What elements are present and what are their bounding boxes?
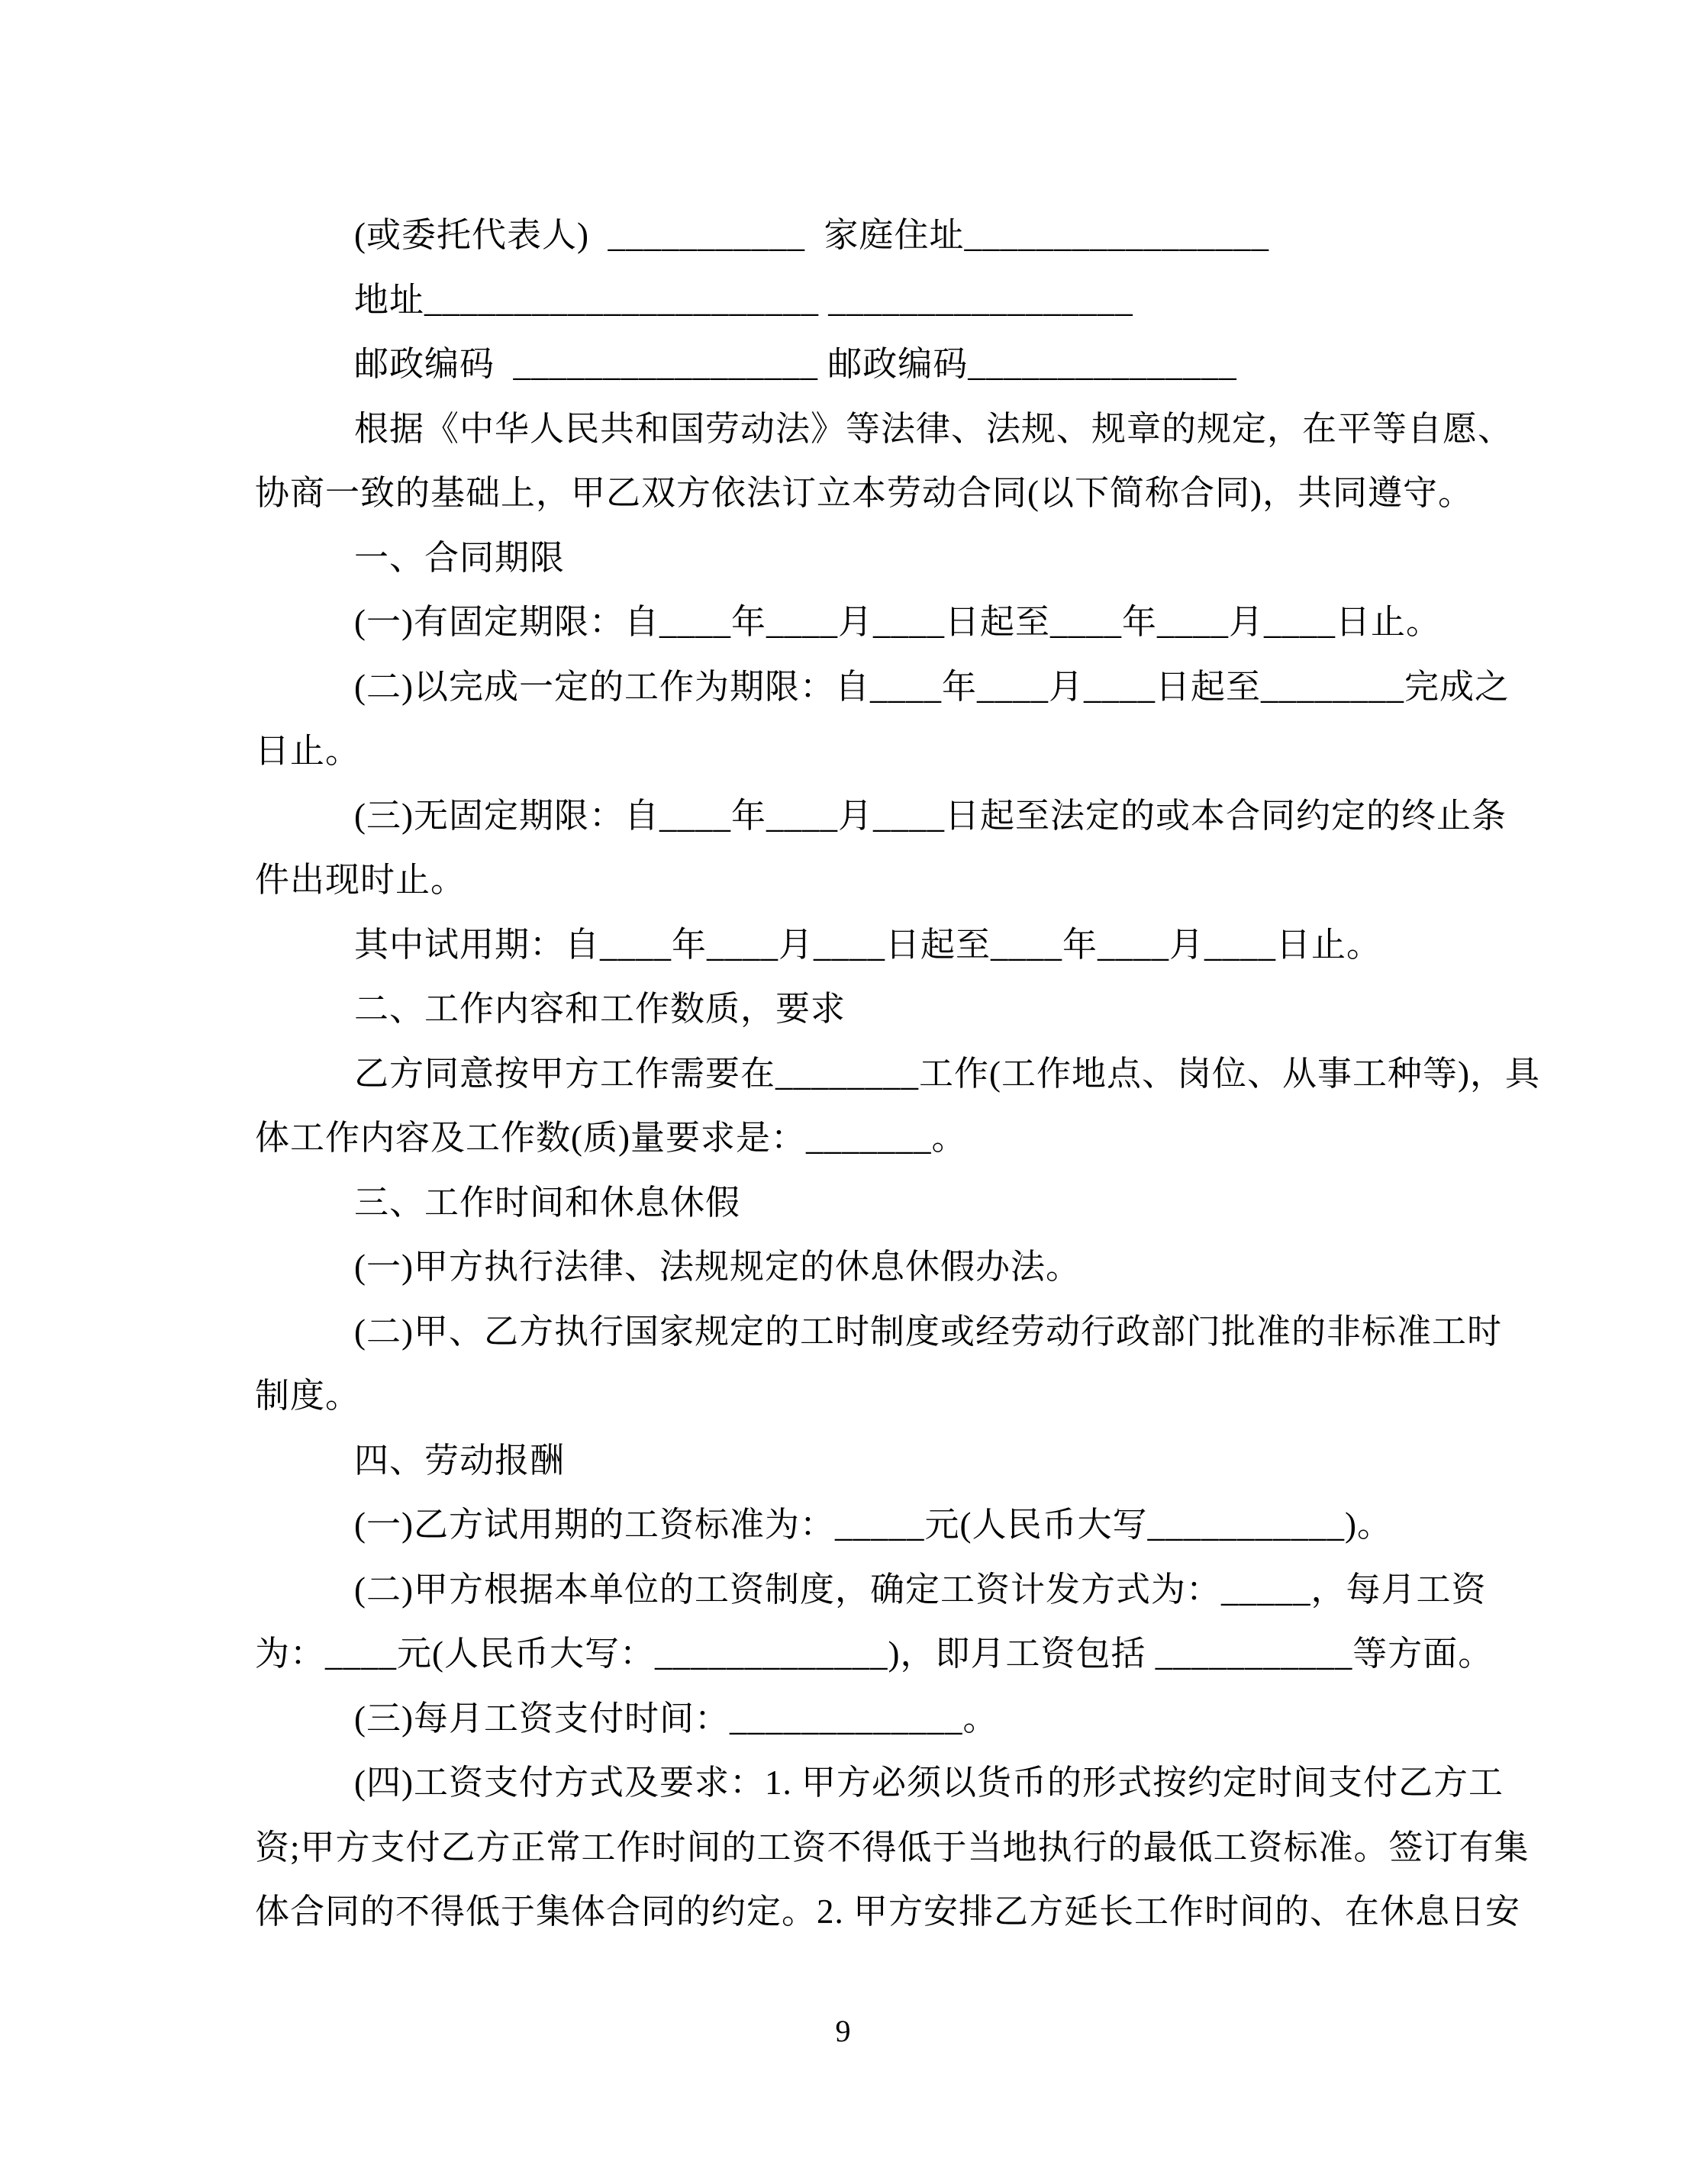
text-line: 地址______________________ _______________… [255,268,1549,333]
contract-document-page: (或委托代表人) ___________ 家庭住址_______________… [0,0,1686,2184]
contract-body: (或委托代表人) ___________ 家庭住址_______________… [255,0,1549,1944]
text-line: 根据《中华人民共和国劳动法》等法律、法规、规章的规定，在平等自愿、 [255,397,1549,462]
text-line: (二)以完成一定的工作为期限：自____年____月____日起至_______… [255,655,1549,720]
text-line: (四)工资支付方式及要求：1. 甲方必须以货币的形式按约定时间支付乙方工 [255,1751,1549,1815]
text-line: (一)有固定期限：自____年____月____日起至____年____月___… [255,590,1549,655]
text-line: (三)每月工资支付时间：_____________。 [255,1686,1549,1751]
text-line: 三、工作时间和休息休假 [255,1171,1549,1235]
text-line: 一、合同期限 [255,526,1549,591]
text-line: 日止。 [255,719,1549,784]
page-number: 9 [0,2010,1686,2053]
text-line: 为：____元(人民币大写：_____________)，即月工资包括 ____… [255,1622,1549,1686]
text-line: 件出现时止。 [255,848,1549,913]
text-line: 二、工作内容和工作数质，要求 [255,977,1549,1042]
text-line: (或委托代表人) ___________ 家庭住址_______________… [255,203,1549,268]
text-line: 体工作内容及工作数(质)量要求是：_______。 [255,1106,1549,1171]
text-line: 资;甲方支付乙方正常工作时间的工资不得低于当地执行的最低工资标准。签订有集 [255,1815,1549,1880]
text-line: 协商一致的基础上，甲乙双方依法订立本劳动合同(以下简称合同)，共同遵守。 [255,461,1549,526]
text-line: (一)乙方试用期的工资标准为：_____元(人民币大写___________)。 [255,1493,1549,1557]
text-line: 邮政编码 _________________ 邮政编码_____________… [255,332,1549,397]
text-line: (二)甲、乙方执行国家规定的工时制度或经劳动行政部门批准的非标准工时 [255,1300,1549,1364]
text-line: 四、劳动报酬 [255,1429,1549,1493]
text-line: 乙方同意按甲方工作需要在________工作(工作地点、岗位、从事工种等)，具 [255,1042,1549,1106]
text-line: (一)甲方执行法律、法规规定的休息休假办法。 [255,1235,1549,1300]
text-line: 其中试用期：自____年____月____日起至____年____月____日止… [255,913,1549,978]
text-line: (三)无固定期限：自____年____月____日起至法定的或本合同约定的终止条 [255,784,1549,849]
text-line: 制度。 [255,1364,1549,1429]
text-line: 体合同的不得低于集体合同的约定。2. 甲方安排乙方延长工作时间的、在休息日安 [255,1880,1549,1944]
text-line: (二)甲方根据本单位的工资制度，确定工资计发方式为：_____，每月工资 [255,1557,1549,1622]
